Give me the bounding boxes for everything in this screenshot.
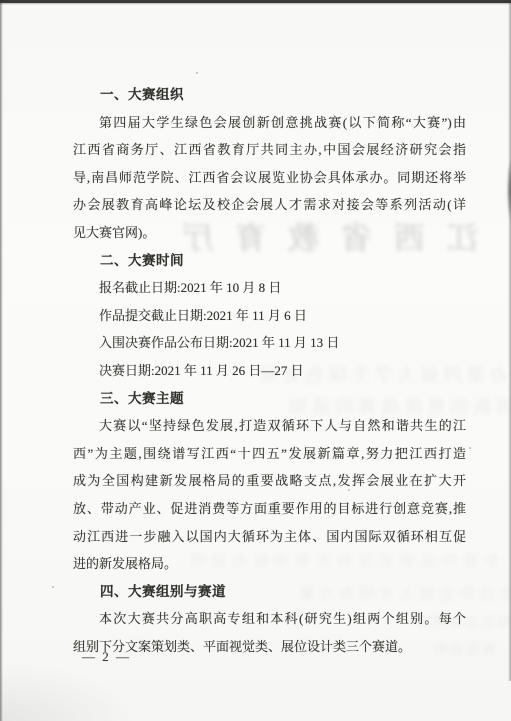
- section-heading: 三、大赛主题: [73, 385, 466, 413]
- text-line: 成为全国构建新发展格局的重要战略支点,发挥会展业在扩大开: [73, 467, 466, 495]
- document-body: 一、大赛组织第四届大学生绿色会展创新创意挑战赛(以下简称“大赛”)由江西省商务厅…: [73, 81, 466, 660]
- text-line: 动江西进一步融入以国内大循环为主体、国内国际双循环相互促: [73, 523, 466, 551]
- page-number: — 2 —: [82, 649, 131, 665]
- text-line: 导,南昌师范学院、江西省会议展览业协会具体承办。同期还将举: [73, 164, 466, 192]
- text-line: 办会展教育高峰论坛及校企会展人才需求对接会等系列活动(详: [73, 191, 466, 219]
- text-line: 入围决赛作品公布日期:2021 年 11 月 13 日: [73, 329, 466, 357]
- text-line: 大赛以“坚持绿色发展,打造双循环下人与自然和谐共生的江: [73, 412, 466, 440]
- section-heading: 四、大赛组别与赛道: [73, 578, 466, 606]
- scan-edge-top-shadow: [0, 3, 511, 5]
- text-line: 放、带动产业、促进消费等方面重要作用的目标进行创意竞赛,推: [73, 495, 466, 523]
- text-line: 第四届大学生绿色会展创新创意挑战赛(以下简称“大赛”)由: [73, 109, 466, 137]
- text-line: 组别下分文案策划类、平面视觉类、展位设计类三个赛道。: [73, 633, 466, 661]
- scan-speck: [348, 489, 350, 491]
- text-line: 见大赛官网)。: [73, 219, 466, 247]
- text-line: 本次大赛共分高职高专组和本科(研究生)组两个组别。每个: [73, 605, 466, 633]
- text-line: 进的新发展格局。: [73, 550, 466, 578]
- scan-edge-left: [0, 0, 3, 721]
- text-line: 报名截止日期:2021 年 10 月 8 日: [73, 274, 466, 302]
- scan-smudge-right: [502, 148, 511, 233]
- text-line: 西”为主题,围绕谱写江西“十四五”发展新篇章,努力把江西打造: [73, 440, 466, 468]
- scan-corner-shadow: [0, 661, 140, 721]
- text-line: 江西省商务厅、江西省教育厅共同主办,中国会展经济研究会指: [73, 136, 466, 164]
- text-line: 决赛日期:2021 年 11 月 26 日—27 日: [73, 357, 466, 385]
- scan-speck: [52, 586, 54, 588]
- section-heading: 一、大赛组织: [73, 81, 466, 109]
- scanned-document-page: 江西省教育厅关于举办第四届大学生绿色会展创新创意挑战赛的通知参赛作品要求及有关事…: [0, 0, 511, 721]
- section-heading: 二、大赛时间: [73, 247, 466, 275]
- text-line: 作品提交截止日期:2021 年 11 月 6 日: [73, 302, 466, 330]
- scan-speck: [196, 72, 198, 74]
- scan-speck: [469, 447, 471, 449]
